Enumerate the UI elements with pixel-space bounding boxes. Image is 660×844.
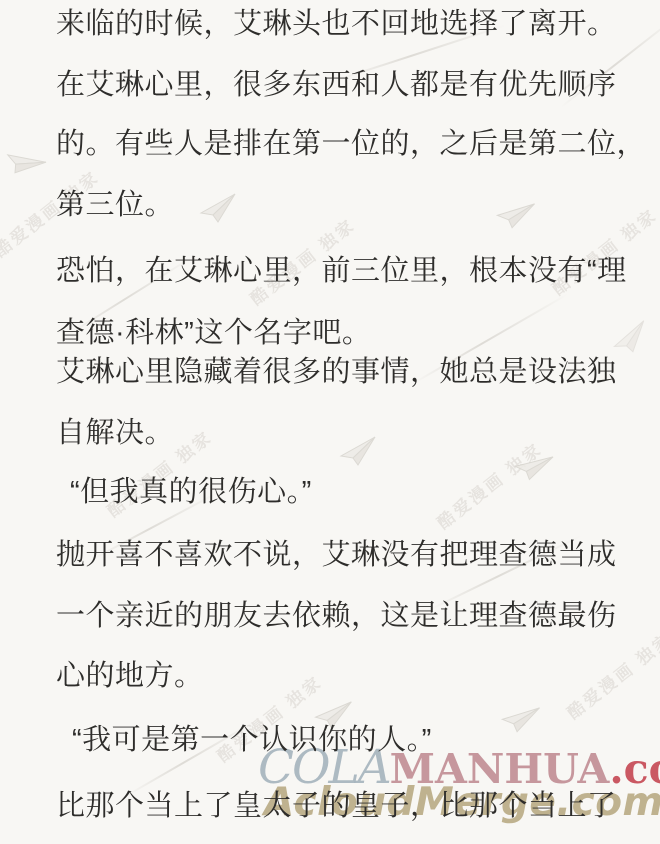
paper-plane-icon <box>510 445 557 486</box>
novel-page: 酷爱漫画 独家 酷爱漫画 独家 酷爱漫画 独家 酷爱漫画 独家 酷爱漫画 独家 … <box>0 0 660 844</box>
text-line: 来临的时候，艾琳头也不回地选择了离开。 <box>56 10 617 39</box>
text-line-quote: “但我真的很伤心。” <box>70 478 312 507</box>
text-line: 心的地方。 <box>56 662 204 691</box>
paper-plane-icon <box>0 137 50 187</box>
text-line: 自解决。 <box>56 419 174 448</box>
text-line: 的。有些人是排在第一位的，之后是第二位， <box>56 130 646 159</box>
paper-plane-icon <box>198 192 238 224</box>
paper-plane-icon <box>492 194 538 234</box>
text-line: 在艾琳心里，很多东西和人都是有优先顺序 <box>56 71 617 100</box>
text-line: 第三位。 <box>56 191 174 220</box>
text-line: 艾琳心里隐藏着很多的事情，她总是设法独 <box>56 358 617 387</box>
text-line: 比那个当上了皇太子的皇子，比那个当上了 <box>56 792 617 821</box>
text-line: 抛开喜不喜欢不说，艾琳没有把理查德当成 <box>56 541 617 570</box>
paper-plane-icon <box>497 698 543 738</box>
paper-plane-icon <box>338 435 378 467</box>
text-line: 一个亲近的朋友去依赖，这是让理查德最伤 <box>56 602 617 631</box>
text-line: 查德·科林”这个名字吧。 <box>56 319 371 348</box>
text-line-quote: “我可是第一个认识你的人。” <box>72 726 432 755</box>
tile-watermark-text: 酷爱漫画 独家 <box>561 625 660 723</box>
text-line: 恐怕，在艾琳心里，前三位里，根本没有“理 <box>56 257 627 286</box>
paper-plane-icon <box>607 318 653 358</box>
